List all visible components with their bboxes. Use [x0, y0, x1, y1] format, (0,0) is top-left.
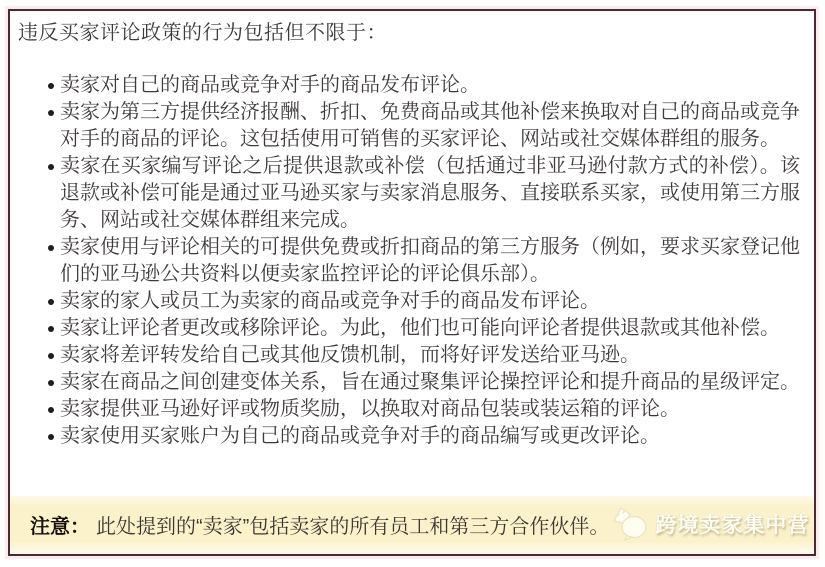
bullet-icon — [48, 326, 54, 332]
bullet-icon — [48, 164, 54, 170]
list-item: 卖家让评论者更改或移除评论。为此，他们也可能向评论者提供退款或其他补偿。 — [10, 315, 814, 342]
bullet-icon — [48, 299, 54, 305]
list-item: 卖家在买家编写评论之后提供退款或补偿（包括通过非亚马逊付款方式的补偿）。该退款或… — [10, 153, 814, 234]
list-item-text: 卖家为第三方提供经济报酬、折扣、免费商品或其他补偿来换取对自己的商品或竞争对手的… — [60, 101, 800, 150]
note-text: 此处提到的“卖家”包括卖家的所有员工和第三方合作伙伴。 — [96, 510, 609, 539]
dove-logo-icon — [609, 506, 649, 542]
policy-box: 违反买家评论政策的行为包括但不限于： 卖家对自己的商品或竞争对手的商品发布评论。… — [8, 9, 816, 556]
list-item-text: 卖家的家人或员工为卖家的商品或竞争对手的商品发布评论。 — [60, 290, 600, 312]
bullet-icon — [48, 83, 54, 89]
bullet-icon — [48, 407, 54, 413]
list-item-text: 卖家将差评转发给自己或其他反馈机制，而将好评发送给亚马逊。 — [60, 344, 640, 366]
list-item: 卖家将差评转发给自己或其他反馈机制，而将好评发送给亚马逊。 — [10, 342, 814, 369]
list-item: 卖家为第三方提供经济报酬、折扣、免费商品或其他补偿来换取对自己的商品或竞争对手的… — [10, 99, 814, 153]
bullet-icon — [48, 380, 54, 386]
bullet-icon — [48, 110, 54, 116]
list-item-text: 卖家在买家编写评论之后提供退款或补偿（包括通过非亚马逊付款方式的补偿）。该退款或… — [60, 155, 800, 231]
note-banner: 注意： 此处提到的“卖家”包括卖家的所有员工和第三方合作伙伴。 跨境卖家集中营 — [10, 496, 814, 554]
watermark: 跨境卖家集中营 — [609, 506, 809, 542]
list-item: 卖家提供亚马逊好评或物质奖励，以换取对商品包装或装运箱的评论。 — [10, 396, 814, 423]
bullet-icon — [48, 434, 54, 440]
bullet-icon — [48, 245, 54, 251]
page: 违反买家评论政策的行为包括但不限于： 卖家对自己的商品或竞争对手的商品发布评论。… — [0, 0, 825, 567]
list-item-text: 卖家使用与评论相关的可提供免费或折扣商品的第三方服务（例如，要求买家登记他们的亚… — [60, 236, 800, 285]
violation-list: 卖家对自己的商品或竞争对手的商品发布评论。 卖家为第三方提供经济报酬、折扣、免费… — [10, 72, 814, 450]
list-item-text: 卖家在商品之间创建变体关系，旨在通过聚集评论操控评论和提升商品的星级评定。 — [60, 371, 800, 393]
watermark-text: 跨境卖家集中营 — [655, 509, 809, 539]
list-item: 卖家使用买家账户为自己的商品或竞争对手的商品编写或更改评论。 — [10, 423, 814, 450]
list-item-text: 卖家提供亚马逊好评或物质奖励，以换取对商品包装或装运箱的评论。 — [60, 398, 680, 420]
bullet-icon — [48, 353, 54, 359]
list-item: 卖家使用与评论相关的可提供免费或折扣商品的第三方服务（例如，要求买家登记他们的亚… — [10, 234, 814, 288]
list-item: 卖家的家人或员工为卖家的商品或竞争对手的商品发布评论。 — [10, 288, 814, 315]
list-item-text: 卖家对自己的商品或竞争对手的商品发布评论。 — [60, 74, 480, 96]
list-item-text: 卖家让评论者更改或移除评论。为此，他们也可能向评论者提供退款或其他补偿。 — [60, 317, 780, 339]
list-item-text: 卖家使用买家账户为自己的商品或竞争对手的商品编写或更改评论。 — [60, 425, 660, 447]
note-label: 注意： — [30, 510, 90, 539]
page-title: 违反买家评论政策的行为包括但不限于： — [18, 20, 800, 47]
list-item: 卖家对自己的商品或竞争对手的商品发布评论。 — [10, 72, 814, 99]
list-item: 卖家在商品之间创建变体关系，旨在通过聚集评论操控评论和提升商品的星级评定。 — [10, 369, 814, 396]
